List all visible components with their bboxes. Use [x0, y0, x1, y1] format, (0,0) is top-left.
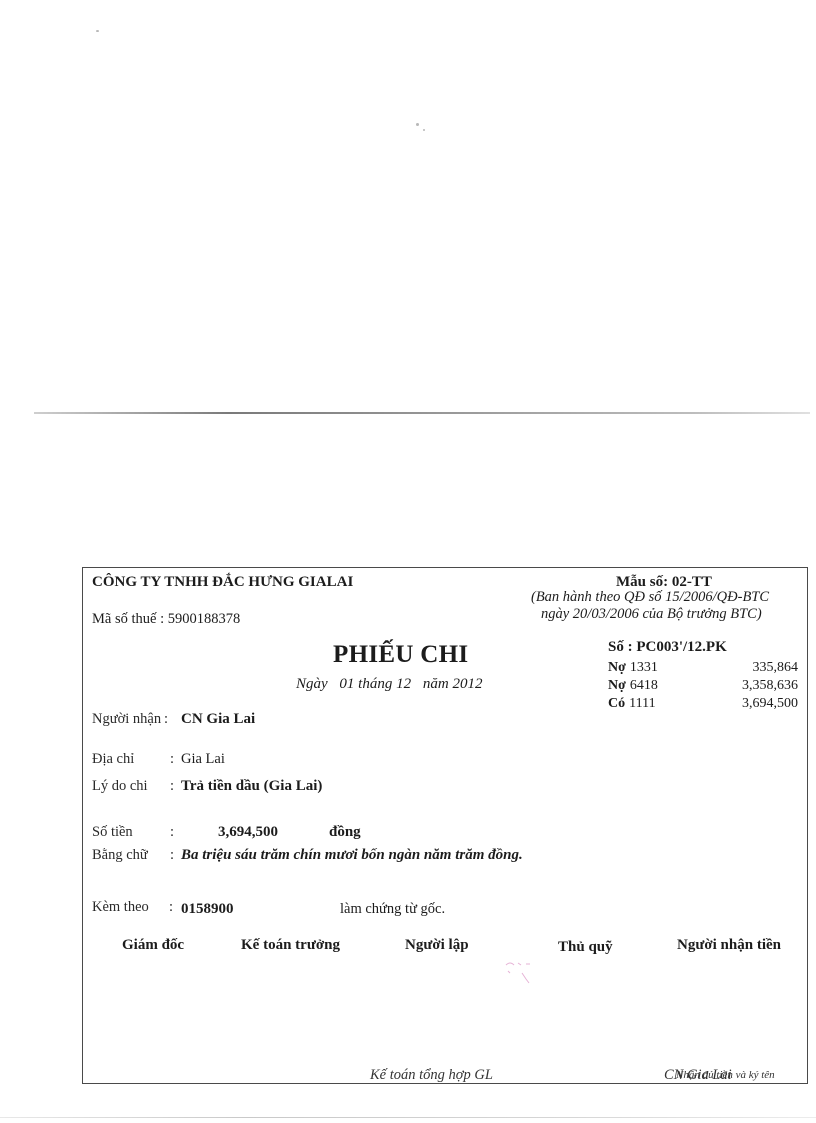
tax-id-colon: :	[160, 611, 164, 627]
voucher-number-label: Số :	[608, 639, 633, 655]
form-reference-line2: ngày 20/03/2006 của Bộ trưởng BTC)	[541, 606, 762, 623]
voucher-number-value: PC003'/12.PK	[636, 639, 726, 655]
preparer-name: Kế toán tổng hợp GL	[370, 1067, 493, 1084]
scan-speck	[416, 123, 419, 126]
scan-speck	[423, 129, 425, 131]
recipient-label: Người nhận	[92, 711, 161, 728]
tax-id-label: Mã số thuế	[92, 611, 156, 627]
recipient-value: CN Gia Lai	[181, 711, 255, 728]
reason-colon: :	[170, 778, 174, 795]
attached-colon: :	[169, 899, 173, 916]
date-year: 2012	[452, 676, 482, 692]
reason-label: Lý do chi	[92, 778, 148, 795]
account-number: 1331	[630, 660, 658, 675]
company-name: CÔNG TY TNHH ĐẮC HƯNG GIALAI	[92, 574, 353, 591]
in-words-colon: :	[170, 847, 174, 864]
date-day: 01	[339, 676, 354, 692]
account-number: 1111	[629, 696, 655, 711]
address-label: Địa chỉ	[92, 751, 134, 768]
amount-colon: :	[170, 824, 174, 841]
account-entry: Nợ1331 335,864	[608, 660, 798, 676]
account-amount: 335,864	[753, 660, 799, 676]
stamp-mark	[500, 955, 540, 990]
date-month-label: tháng	[358, 676, 392, 692]
attached-label: Kèm theo	[92, 899, 149, 916]
scan-speck	[96, 30, 99, 32]
address-value: Gia Lai	[181, 751, 225, 768]
tax-id: Mã số thuế : 5900188378	[92, 611, 240, 628]
signature-cashier: Thủ quỹ	[558, 939, 613, 956]
signature-chief-accountant: Kế toán trưởng	[241, 937, 340, 954]
document-title: PHIẾU CHI	[333, 641, 468, 669]
reason-value: Trả tiền dầu (Gia Lai)	[181, 778, 322, 795]
account-number: 6418	[630, 678, 658, 693]
form-reference-line1: (Ban hành theo QĐ số 15/2006/QĐ-BTC	[531, 589, 769, 606]
signature-director: Giám đốc	[122, 937, 184, 954]
attached-value: 0158900	[181, 901, 234, 918]
account-side: Nợ	[608, 660, 626, 675]
account-side: Nợ	[608, 678, 626, 693]
account-side: Có	[608, 696, 625, 711]
recipient-note: Nhận đủ tiền và ký tên	[676, 1069, 775, 1081]
tax-id-value: 5900188378	[168, 611, 241, 627]
account-entry: Có1111 3,694,500	[608, 696, 798, 712]
in-words-label: Bằng chữ	[92, 847, 148, 864]
account-entry: Nợ6418 3,358,636	[608, 678, 798, 694]
document-date: Ngày 01 tháng 12 năm 2012	[296, 676, 482, 693]
account-amount: 3,358,636	[742, 678, 798, 694]
voucher-number: Số : PC003'/12.PK	[608, 639, 727, 656]
signature-recipient: Người nhận tiền	[677, 937, 781, 954]
signature-preparer: Người lập	[405, 937, 469, 954]
date-day-label: Ngày	[296, 676, 328, 692]
date-month: 12	[396, 676, 411, 692]
account-amount: 3,694,500	[742, 696, 798, 712]
page-bottom-line	[0, 1117, 816, 1118]
amount-currency: đồng	[329, 824, 361, 841]
date-year-label: năm	[423, 676, 449, 692]
in-words-value: Ba triệu sáu trăm chín mươi bốn ngàn năm…	[181, 847, 523, 864]
attached-suffix: làm chứng từ gốc.	[340, 901, 445, 918]
recipient-colon: :	[164, 711, 168, 728]
amount-label: Số tiền	[92, 824, 133, 841]
page-fold-line	[34, 412, 810, 414]
amount-value: 3,694,500	[218, 824, 278, 841]
address-colon: :	[170, 751, 174, 768]
